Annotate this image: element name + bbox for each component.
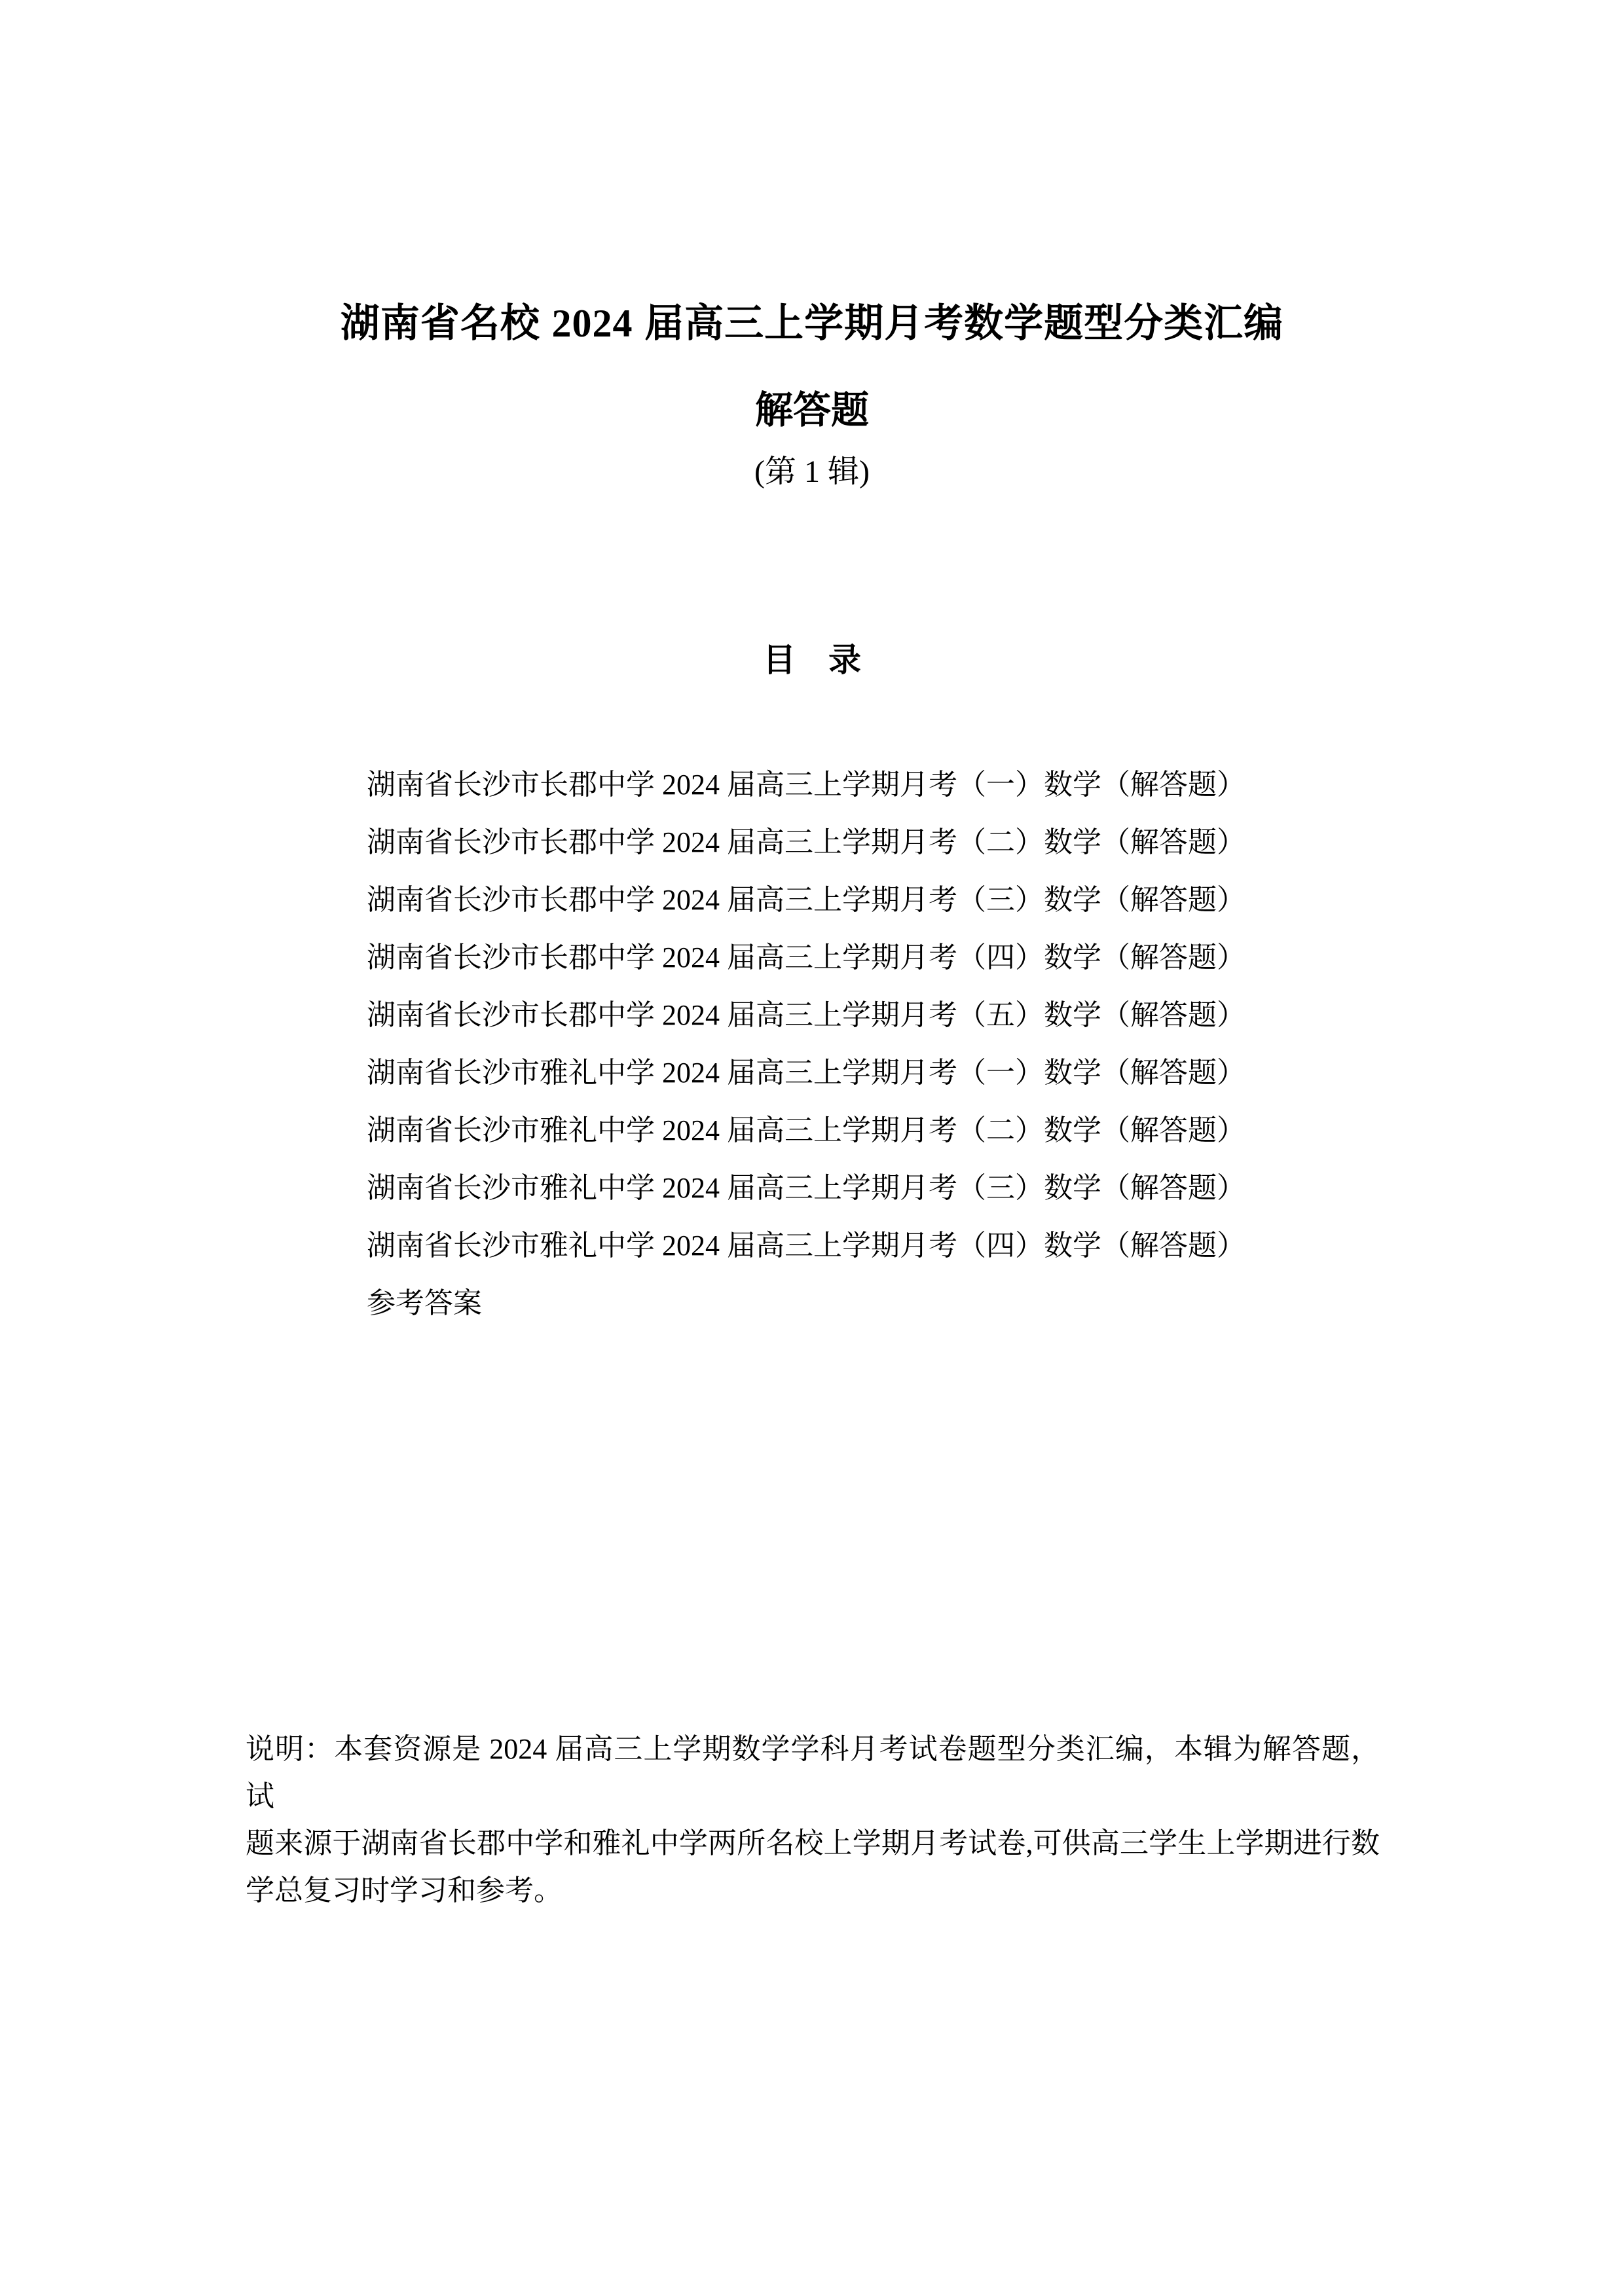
toc-item: 湖南省长沙市雅礼中学 2024 届高三上学期月考（三）数学（解答题） <box>367 1159 1349 1217</box>
toc-item: 湖南省长沙市长郡中学 2024 届高三上学期月考（四）数学（解答题） <box>367 929 1349 987</box>
toc-item: 湖南省长沙市长郡中学 2024 届高三上学期月考（五）数学（解答题） <box>367 987 1349 1044</box>
note-paragraph: 说明：本套资源是 2024 届高三上学期数学学科月考试卷题型分类汇编，本辑为解答… <box>246 1726 1380 1914</box>
main-title-suffix: 届高三上学期月考数学题型分类汇编 <box>633 301 1284 345</box>
toc-list: 湖南省长沙市长郡中学 2024 届高三上学期月考（一）数学（解答题） 湖南省长沙… <box>367 756 1349 1332</box>
note-line: 说明：本套资源是 2024 届高三上学期数学学科月考试卷题型分类汇编，本辑为解答… <box>246 1726 1380 1820</box>
toc-heading: 目 录 <box>0 640 1624 680</box>
toc-item: 湖南省长沙市长郡中学 2024 届高三上学期月考（三）数学（解答题） <box>367 871 1349 929</box>
toc-footer-item: 参考答案 <box>367 1275 1349 1332</box>
toc-item: 湖南省长沙市长郡中学 2024 届高三上学期月考（一）数学（解答题） <box>367 756 1349 814</box>
main-title: 湖南省名校 2024 届高三上学期月考数学题型分类汇编 <box>0 300 1624 347</box>
main-title-prefix: 湖南省名校 <box>341 301 552 345</box>
toc-item: 湖南省长沙市雅礼中学 2024 届高三上学期月考（二）数学（解答题） <box>367 1102 1349 1159</box>
toc-item: 湖南省长沙市雅礼中学 2024 届高三上学期月考（四）数学（解答题） <box>367 1217 1349 1275</box>
note-line: 题来源于湖南省长郡中学和雅礼中学两所名校上学期月考试卷,可供高三学生上学期进行数 <box>246 1820 1380 1867</box>
subtitle: 解答题 <box>0 388 1624 433</box>
volume-label: (第 1 辑) <box>0 453 1624 491</box>
document-page: 湖南省名校 2024 届高三上学期月考数学题型分类汇编 解答题 (第 1 辑) … <box>0 0 1624 2296</box>
toc-item: 湖南省长沙市长郡中学 2024 届高三上学期月考（二）数学（解答题） <box>367 814 1349 871</box>
toc-item: 湖南省长沙市雅礼中学 2024 届高三上学期月考（一）数学（解答题） <box>367 1044 1349 1102</box>
main-title-year: 2024 <box>552 302 633 345</box>
note-line: 学总复习时学习和参考。 <box>246 1867 1380 1914</box>
